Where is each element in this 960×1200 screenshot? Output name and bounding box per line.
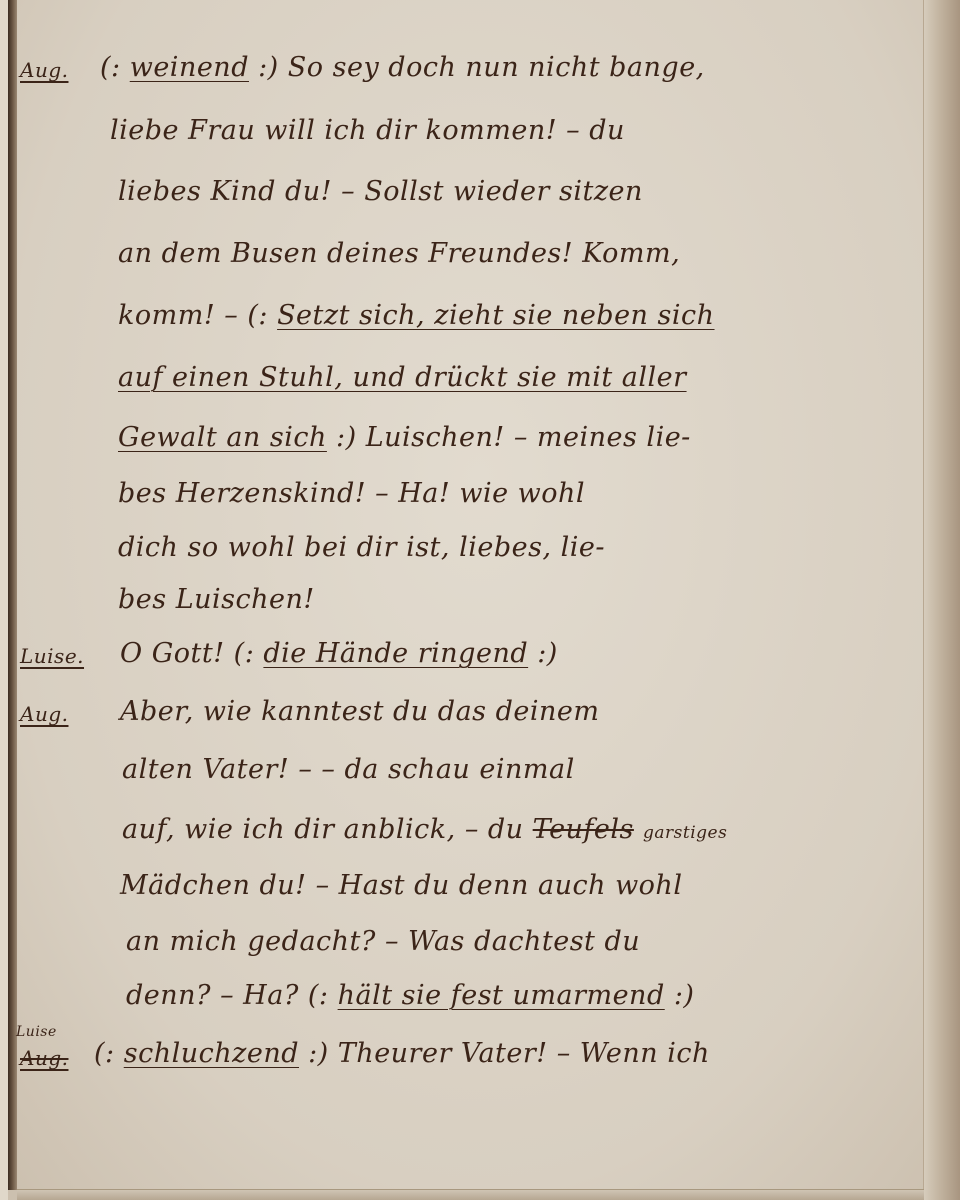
line-text: liebes Kind du! – Sollst wieder sitzen: [118, 176, 643, 207]
line-text: an mich gedacht? – Was dachtest du: [126, 926, 640, 957]
inserted-word: garstiges: [643, 823, 727, 843]
line-text: denn? – Ha? (: hält sie fest umarmend :): [126, 980, 694, 1011]
line-text: (: schluchzend :) Theurer Vater! – Wenn …: [94, 1038, 710, 1069]
stage-direction: Gewalt an sich: [118, 422, 327, 453]
line-text: an dem Busen deines Freundes! Komm,: [118, 238, 680, 269]
speaker-correction: Luise: [16, 1024, 57, 1040]
manuscript-scan: Aug. (: weinend :) So sey doch nun nicht…: [0, 0, 960, 1200]
struck-word: Teufels: [533, 814, 634, 845]
line-text: Gewalt an sich :) Luischen! – meines lie…: [118, 422, 691, 453]
page-right-edge: [923, 0, 960, 1200]
line-text: alten Vater! – – da schau einmal: [122, 754, 575, 785]
line-text: O Gott! (: die Hände ringend :): [120, 638, 558, 669]
line-text: dich so wohl bei dir ist, liebes, lie-: [118, 532, 605, 563]
line-text: komm! – (: Setzt sich, zieht sie neben s…: [118, 300, 715, 331]
stage-direction: weinend: [130, 52, 249, 83]
line-text: bes Herzenskind! – Ha! wie wohl: [118, 478, 585, 509]
stage-direction: die Hände ringend: [263, 638, 528, 669]
line-text: Aber, wie kanntest du das deinem: [120, 696, 599, 727]
manuscript-text: Aug. (: weinend :) So sey doch nun nicht…: [0, 0, 924, 1200]
stage-direction: auf einen Stuhl, und drückt sie mit alle…: [118, 362, 687, 393]
line-text: (: weinend :) So sey doch nun nicht bang…: [100, 52, 705, 83]
speaker-name: Aug.: [20, 702, 68, 726]
speaker-name: Aug.: [20, 58, 68, 82]
speaker-name: Aug.: [20, 1046, 68, 1070]
line-text: auf, wie ich dir anblick, – du Teufels g…: [122, 814, 727, 845]
stage-direction: schluchzend: [124, 1038, 299, 1069]
speaker-name: Luise.: [20, 644, 84, 668]
stage-direction: Setzt sich, zieht sie neben sich: [277, 300, 714, 331]
stage-direction: hält sie fest umarmend: [338, 980, 665, 1011]
line-text: bes Luischen!: [118, 584, 315, 615]
line-text: liebe Frau will ich dir kommen! – du: [110, 115, 625, 146]
line-text: Mädchen du! – Hast du denn auch wohl: [120, 870, 682, 901]
